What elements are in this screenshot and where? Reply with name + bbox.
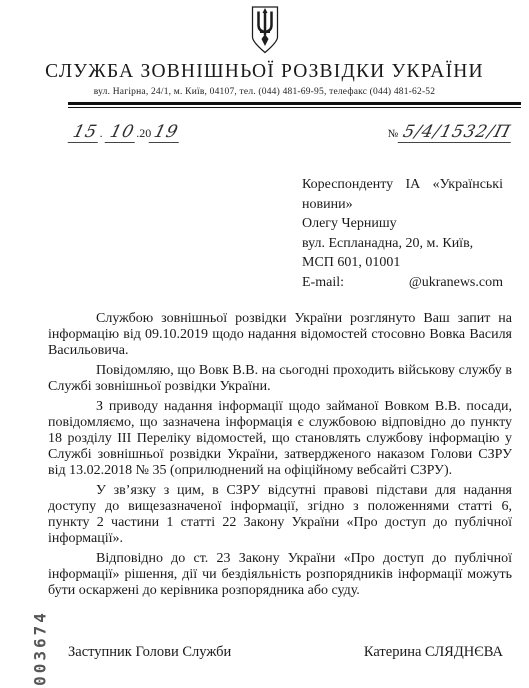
email-value: @ukranews.com xyxy=(409,273,503,293)
recipient-email-row: E-mail: @ukranews.com xyxy=(302,273,503,293)
signer-name: Катерина СЛЯДНЄВА xyxy=(364,644,503,661)
paragraph-4: У зв’язку з цим, в СЗРУ відсутні правові… xyxy=(48,483,512,547)
recipient-person: Олегу Чернишу xyxy=(302,214,503,234)
registration-stamp-number: 003674 xyxy=(31,610,50,686)
recipient-block: Кореспонденту ІА «Українські новини» Оле… xyxy=(302,175,503,292)
email-label: E-mail: xyxy=(302,273,344,293)
recipient-street: вул. Еспланадна, 20, м. Київ, xyxy=(302,234,503,254)
ukraine-trident-emblem xyxy=(250,6,280,54)
reference-row: 15. 10.2019 №5/4/1532/П xyxy=(70,117,513,143)
paragraph-1: Службою зовнішньої розвідки України розг… xyxy=(48,311,512,359)
recipient-postal: МСП 601, 01001 xyxy=(302,253,503,273)
letterhead-emblem-wrap xyxy=(0,6,529,54)
signature-row: Заступник Голови Служби Катерина СЛЯДНЄВ… xyxy=(68,644,503,661)
number-value-handwritten: 5/4/1532/П xyxy=(398,124,516,143)
number-sign: № xyxy=(388,128,399,140)
letterhead-divider xyxy=(68,102,521,108)
paragraph-2: Повідомляю, що Вовк В.В. на сьогодні про… xyxy=(48,363,512,395)
letter-page: СЛУЖБА ЗОВНІШНЬОЇ РОЗВІДКИ УКРАЇНИ вул. … xyxy=(0,0,529,661)
paragraph-5: Відповідно до ст. 23 Закону України «Про… xyxy=(48,551,512,599)
number-field: №5/4/1532/П xyxy=(388,124,513,143)
org-name-title: СЛУЖБА ЗОВНІШНЬОЇ РОЗВІДКИ УКРАЇНИ xyxy=(0,61,529,83)
date-month-handwritten: 10 xyxy=(104,124,138,143)
paragraph-3: З приводу надання інформації щодо займан… xyxy=(48,399,512,479)
date-field: 15. 10.2019 xyxy=(70,124,181,143)
date-day-handwritten: 15 xyxy=(68,124,102,143)
org-address-line: вул. Нагірна, 24/1, м. Київ, 04107, тел.… xyxy=(0,87,529,97)
letter-body: Службою зовнішньої розвідки України розг… xyxy=(48,311,512,599)
signer-position: Заступник Голови Служби xyxy=(68,644,231,661)
recipient-name-org: Кореспонденту ІА «Українські новини» xyxy=(302,175,503,214)
date-year-handwritten: 19 xyxy=(149,124,183,143)
